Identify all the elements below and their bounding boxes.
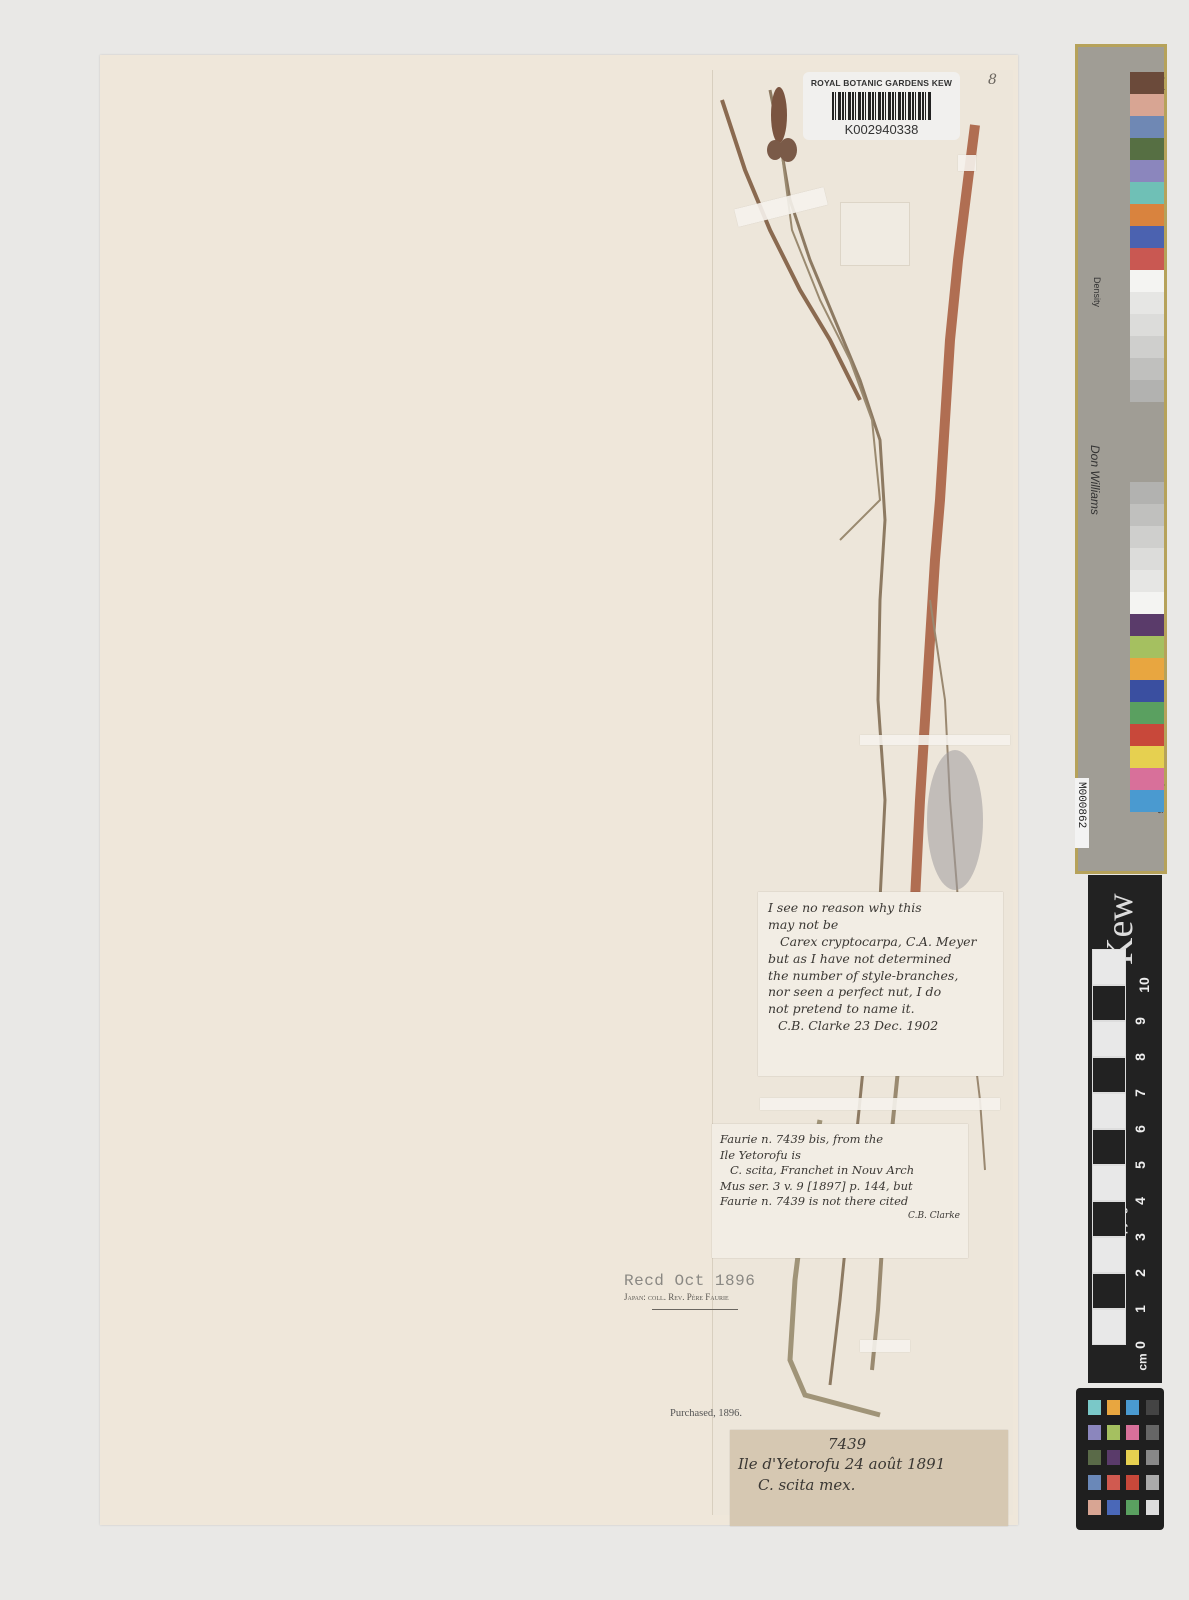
note-line: may not be: [768, 917, 993, 934]
color-swatch: [1130, 182, 1164, 204]
pencil-mark: 8: [988, 72, 997, 88]
color-swatch: [1130, 116, 1164, 138]
note-line: nor seen a perfect nut, I do: [768, 984, 993, 1001]
color-chip: [1126, 1425, 1139, 1440]
identification: C. scita mex.: [738, 1475, 1000, 1495]
note-line: C.B. Clarke 23 Dec. 1902: [768, 1018, 993, 1035]
target-id-label: M000862: [1075, 778, 1089, 848]
color-chip: [1126, 1400, 1139, 1415]
mounting-tape: [860, 1340, 910, 1352]
ruler-segment: [1092, 1165, 1126, 1201]
color-chip: [1088, 1425, 1101, 1440]
color-swatch: [1130, 680, 1164, 702]
ruler-tick-label: 0: [1132, 1341, 1148, 1349]
locality-date: Ile d'Yetorofu 24 août 1891: [738, 1454, 1000, 1474]
barcode-number: K002940338: [803, 122, 960, 137]
purchased-label: Purchased, 1896.: [670, 1408, 742, 1419]
ruler-segment: [1092, 1273, 1126, 1309]
color-swatch: [1130, 204, 1164, 226]
color-swatch: [1130, 292, 1164, 314]
color-chip: [1088, 1475, 1101, 1490]
color-swatch: [1130, 482, 1164, 504]
color-swatch: [1130, 636, 1164, 658]
target-id: M000862: [1075, 782, 1087, 796]
color-swatch: [1130, 248, 1164, 270]
brand-label: Don Williams: [1088, 445, 1102, 515]
collector-label: 7439 Ile d'Yetorofu 24 août 1891 C. scit…: [730, 1430, 1008, 1526]
note-line: Carex cryptocarpa, C.A. Meyer: [768, 934, 993, 951]
color-chip: [1126, 1450, 1139, 1465]
color-swatch: [1130, 380, 1164, 402]
color-swatch: [1130, 614, 1164, 636]
color-swatch: [1130, 336, 1164, 358]
ruler-segment: [1092, 1093, 1126, 1129]
gray-chip: [1146, 1500, 1159, 1515]
ruler-segment: [1092, 1201, 1126, 1237]
ruler-tick-label: 5: [1132, 1161, 1148, 1169]
ruler-tick-label: 6: [1132, 1125, 1148, 1133]
color-chip: [1107, 1425, 1120, 1440]
color-chip: [1126, 1500, 1139, 1515]
ruler-tick-label: 8: [1132, 1053, 1148, 1061]
note-line: the number of style-branches,: [768, 968, 993, 985]
kew-scale-bar: Kew copyright reserved 012345678910 cm: [1088, 875, 1162, 1383]
ruler-tick-label: 7: [1132, 1089, 1148, 1097]
color-swatch: [1130, 270, 1164, 292]
collector-line: Japan: coll. Rev. Père Faurie: [624, 1292, 784, 1302]
divider: [652, 1309, 738, 1310]
color-swatch: [1130, 790, 1164, 812]
mounting-tape: [860, 735, 1010, 745]
color-swatch: [1130, 314, 1164, 336]
ruler-segment: [1092, 1057, 1126, 1093]
color-swatch: [1130, 570, 1164, 592]
ruler-tick-label: 3: [1132, 1233, 1148, 1241]
gray-chip: [1146, 1475, 1159, 1490]
color-chip: [1107, 1400, 1120, 1415]
annotation-note-faurie: Faurie n. 7439 bis, from the Ile Yetorof…: [712, 1124, 968, 1258]
color-swatch: [1130, 746, 1164, 768]
color-swatch: [1130, 504, 1164, 526]
color-swatch: [1130, 658, 1164, 680]
note-line: C. scita, Franchet in Nouv Arch: [720, 1163, 960, 1179]
color-chip: [1126, 1475, 1139, 1490]
received-date: Recd Oct 1896: [624, 1272, 784, 1290]
color-swatch: [1130, 72, 1164, 94]
ruler-tick-label: 9: [1132, 1017, 1148, 1025]
note-line: Faurie n. 7439 is not there cited: [720, 1194, 960, 1210]
determination-note-clarke: I see no reason why this may not be Care…: [758, 892, 1003, 1076]
gray-chip: [1146, 1400, 1159, 1415]
ruler-tick-label: 4: [1132, 1197, 1148, 1205]
ruler-tick-label: 10: [1136, 977, 1152, 993]
barcode-label: ROYAL BOTANIC GARDENS KEW K002940338: [803, 72, 960, 140]
note-line: but as I have not determined: [768, 951, 993, 968]
note-line: Ile Yetorofu is: [720, 1148, 960, 1164]
ruler-segment: [1092, 949, 1126, 985]
note-line: I see no reason why this: [768, 900, 993, 917]
color-calibration-bar: inches Density Don Williams centimeters: [1075, 44, 1167, 874]
note-line: not pretend to name it.: [768, 1001, 993, 1018]
note-line: C.B. Clarke: [720, 1210, 960, 1222]
color-chip: [1107, 1475, 1120, 1490]
color-swatch: [1130, 358, 1164, 380]
ruler-segment: [1092, 985, 1126, 1021]
ruler-segment: [1092, 1021, 1126, 1057]
color-chip: [1088, 1400, 1101, 1415]
color-swatch: [1130, 592, 1164, 614]
color-swatch: [1130, 138, 1164, 160]
color-swatch: [1130, 768, 1164, 790]
color-swatch: [1130, 724, 1164, 746]
gray-chip: [1146, 1425, 1159, 1440]
ruler-segment: [1092, 1309, 1126, 1345]
institution-name: ROYAL BOTANIC GARDENS KEW: [803, 78, 960, 88]
color-swatch: [1130, 702, 1164, 724]
ruler-tick-label: 2: [1132, 1269, 1148, 1277]
color-chip: [1107, 1500, 1120, 1515]
collection-number: 7439: [738, 1434, 1000, 1454]
color-swatch: [1130, 160, 1164, 182]
color-swatch: [1130, 526, 1164, 548]
color-checker-card: [1076, 1388, 1164, 1530]
mounting-tape: [958, 155, 976, 171]
fragment-packet: [840, 202, 910, 266]
color-swatch: [1130, 226, 1164, 248]
ruler-segment: [1092, 1129, 1126, 1165]
note-line: Mus ser. 3 v. 9 [1897] p. 144, but: [720, 1179, 960, 1195]
ruler-tick-label: 1: [1132, 1305, 1148, 1313]
mounting-tape: [760, 1098, 1000, 1110]
ruler-segment: [1092, 1237, 1126, 1273]
gray-chip: [1146, 1450, 1159, 1465]
color-swatch: [1130, 548, 1164, 570]
color-swatch: [1130, 94, 1164, 116]
unit-label: cm: [1136, 1353, 1150, 1370]
note-line: Faurie n. 7439 bis, from the: [720, 1132, 960, 1148]
color-chip: [1088, 1450, 1101, 1465]
barcode: [832, 92, 932, 120]
color-chip: [1088, 1500, 1101, 1515]
received-stamp: Recd Oct 1896 Japan: coll. Rev. Père Fau…: [624, 1272, 784, 1310]
color-chip: [1107, 1450, 1120, 1465]
density-label: Density: [1092, 277, 1102, 307]
